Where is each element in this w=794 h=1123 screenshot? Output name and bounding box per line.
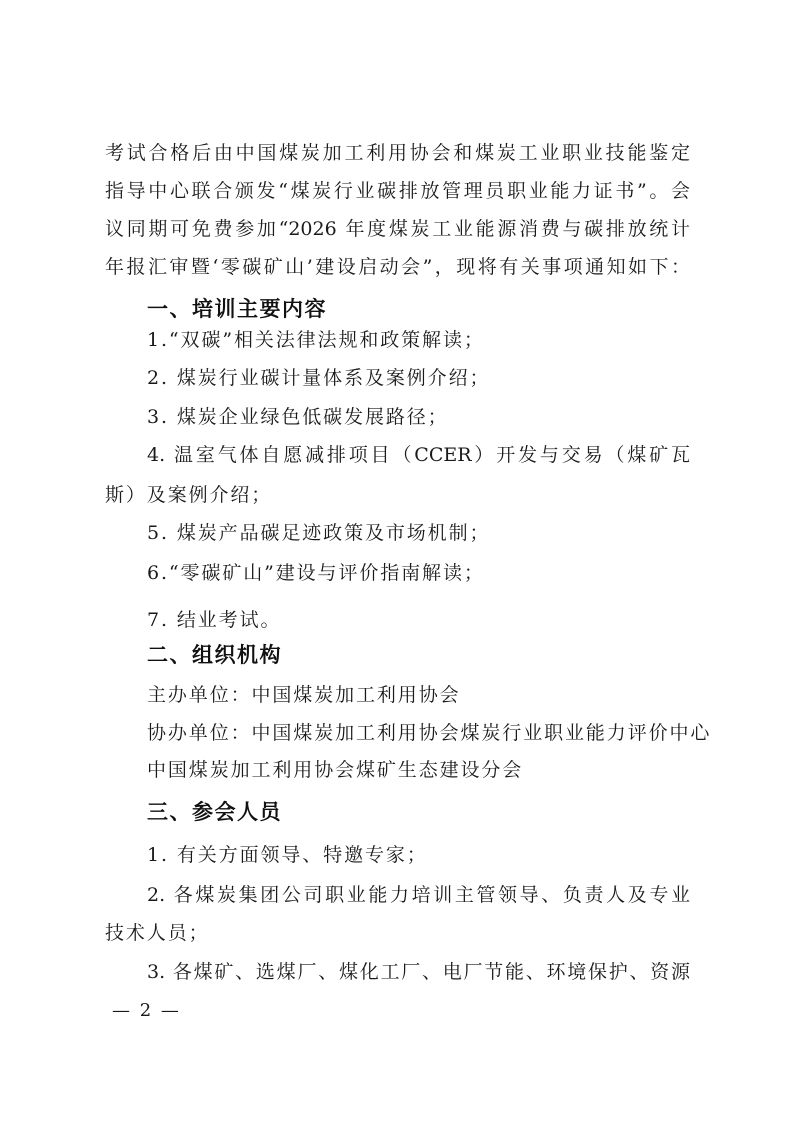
training-item-2: 2. 煤炭行业碳计量体系及案例介绍； <box>147 366 490 390</box>
training-item-5: 5. 煤炭产品碳足迹政策及市场机制； <box>147 521 490 545</box>
section-heading-training-content: 一、培训主要内容 <box>147 297 327 321</box>
intro-paragraph-line-4: 年报汇审暨‘零碳矿山’建设启动会”，现将有关事项通知如下： <box>105 255 690 279</box>
intro-paragraph-line-1: 考试合格后由中国煤炭加工利用协会和煤炭工业职业技能鉴定 <box>105 141 690 165</box>
training-item-7: 7. 结业考试。 <box>147 608 281 632</box>
participant-item-1: 1. 有关方面领导、特邀专家； <box>147 843 428 867</box>
training-item-4: 4. 温室气体自愿减排项目（CCER）开发与交易（煤矿瓦 <box>147 443 690 467</box>
document-page: 考试合格后由中国煤炭加工利用协会和煤炭工业职业技能鉴定 指导中心联合颁发“煤炭行… <box>0 0 794 1123</box>
training-item-6: 6.“零碳矿山”建设与评价指南解读； <box>147 561 485 585</box>
page-number: — 2 — <box>112 999 181 1023</box>
training-item-3: 3. 煤炭企业绿色低碳发展路径； <box>147 405 449 429</box>
participant-item-2: 2. 各煤炭集团公司职业能力培训主管领导、负责人及专业 <box>147 883 690 907</box>
section-heading-organization: 二、组织机构 <box>147 643 282 667</box>
organizer-line: 主办单位：中国煤炭加工利用协会 <box>147 683 461 707</box>
training-item-1: 1.“双碳”相关法律法规和政策解读； <box>147 328 485 352</box>
intro-paragraph-line-3: 议同期可免费参加“2026 年度煤炭工业能源消费与碳排放统计 <box>105 217 690 241</box>
participant-item-3: 3. 各煤矿、选煤厂、煤化工厂、电厂节能、环境保护、资源 <box>147 960 690 984</box>
training-item-4-continuation: 斯）及案例介绍； <box>105 483 272 507</box>
participant-item-2-continuation: 技术人员； <box>105 921 210 945</box>
section-heading-participants: 三、参会人员 <box>147 800 282 824</box>
co-organizer-line: 协办单位：中国煤炭加工利用协会煤炭行业职业能力评价中心 <box>147 721 711 745</box>
co-organizer-line-2: 中国煤炭加工利用协会煤矿生态建设分会 <box>147 758 523 782</box>
intro-paragraph-line-2: 指导中心联合颁发“煤炭行业碳排放管理员职业能力证书”。会 <box>105 179 690 203</box>
